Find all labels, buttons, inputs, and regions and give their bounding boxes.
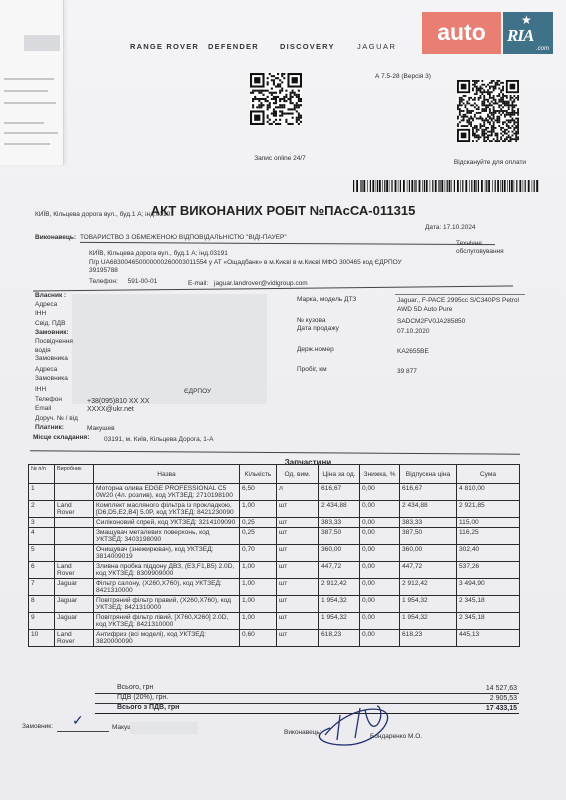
cell-qty: 0,25: [240, 528, 277, 545]
cell-unit: шт: [277, 545, 319, 562]
column-header: Од. вим.: [277, 465, 319, 484]
column-header: Відпускна ціна: [400, 465, 457, 484]
executor-edrpou: 39195788: [89, 267, 118, 274]
customer-inn-label: ІНН: [35, 386, 46, 393]
cell-maker: Land Rover: [55, 630, 94, 647]
executor-email[interactable]: jaguar.landrover@vidigroup.com: [214, 280, 308, 287]
customer-label: Замовник:: [35, 329, 69, 336]
cell-maker: Jaguar: [55, 596, 94, 613]
subtotal-label: Всього, грн: [117, 684, 153, 691]
cell-net: 360,00: [400, 545, 457, 562]
redacted-area: [72, 294, 267, 404]
table-row: 5Очищувач (знежирювач), код УКТЗЕД: 3814…: [29, 545, 520, 562]
autoria-logo-ria: ★ RIA .com: [503, 12, 553, 54]
cell-disc: 0,00: [360, 484, 400, 501]
owner-vat-label: Свід. ПДВ: [35, 320, 65, 327]
cell-qty: 0,70: [240, 545, 277, 562]
table-row: 7JaguarФільтр салону, (X260,X760), код У…: [29, 579, 520, 596]
cell-qty: 0,25: [240, 518, 277, 528]
cell-n: 5: [29, 545, 55, 562]
vat-label: ПДВ (20%), грн.: [117, 694, 168, 701]
sale-date-label: Дата продажу: [297, 325, 339, 332]
document-page: RANGE ROVER DEFENDER DISCOVERY JAGUAR au…: [0, 0, 566, 800]
cell-unit: л: [277, 484, 319, 501]
subtotal-value: 14 527,63: [486, 685, 517, 692]
executor-email-label: E-mail:: [188, 280, 208, 287]
qr-payment: [457, 80, 519, 142]
cell-maker: Jaguar: [55, 613, 94, 630]
cell-n: 1: [29, 484, 55, 501]
owner-inn-label: ІНН: [35, 310, 46, 317]
cell-unit: шт: [277, 613, 319, 630]
payer-label: Платник:: [35, 424, 64, 431]
customer-sign-line: [57, 731, 109, 732]
cell-price: 447,72: [319, 562, 360, 579]
cell-net: 616,67: [400, 484, 457, 501]
cell-unit: шт: [277, 579, 319, 596]
cell-net: 387,50: [400, 528, 457, 545]
qr-code-icon: [457, 80, 519, 142]
cell-net: 2 912,42: [400, 579, 457, 596]
cell-n: 4: [29, 528, 55, 545]
payer-name: Макушев: [87, 425, 115, 432]
table-row: 8JaguarПовітряний фільтр правий, (X260,X…: [29, 596, 520, 613]
cell-price: 383,33: [319, 518, 360, 528]
header-address: КИЇВ, Кільцева дорога вул., буд.1 А; інд…: [35, 211, 174, 218]
cell-name: Очищувач (знежирювач), код УКТЗЕД: 38140…: [94, 545, 240, 562]
cell-qty: 1,00: [240, 501, 277, 518]
cell-disc: 0,00: [360, 579, 400, 596]
cell-price: 2 912,42: [319, 579, 360, 596]
cell-disc: 0,00: [360, 545, 400, 562]
cell-name: Комплект масляного фільтра із прокладкою…: [94, 501, 240, 518]
service-type: Технічне обслуговування: [456, 240, 516, 256]
divider: [30, 450, 520, 454]
cell-qty: 1,00: [240, 596, 277, 613]
model-label: Марка, модель ДТЗ: [297, 296, 356, 303]
cell-sum: 4 810,00: [457, 484, 520, 501]
cell-disc: 0,00: [360, 501, 400, 518]
cell-unit: шт: [277, 630, 319, 647]
column-header: Назва: [94, 465, 240, 484]
table-row: 9JaguarПовітряний фільтр лівий, [X760,X2…: [29, 613, 520, 630]
cell-disc: 0,00: [360, 596, 400, 613]
place-label: Місце складання:: [33, 434, 90, 441]
brand-jaguar: JAGUAR: [357, 42, 396, 51]
receipt-slip: [0, 0, 64, 165]
cell-n: 2: [29, 501, 55, 518]
cell-disc: 0,00: [360, 630, 400, 647]
table-row: 6Land RoverЗливна пробка піддону ДВЗ, (E…: [29, 562, 520, 579]
cell-sum: 2 921,85: [457, 501, 520, 518]
cell-price: 2 434,88: [319, 501, 360, 518]
cell-maker: [55, 518, 94, 528]
cell-unit: шт: [277, 562, 319, 579]
customer-phone-label: Телефон: [35, 396, 62, 403]
signature-icon: [305, 700, 405, 750]
table-row: 1Моторна олива EDGE PROFESSIONAL C5 0W20…: [29, 484, 520, 501]
cell-name: Повітряний фільтр правий, (X260,X760), к…: [94, 596, 240, 613]
executor-phone-label: Телефон:: [89, 278, 118, 285]
cell-price: 387,50: [319, 528, 360, 545]
vat-value: 2 905,53: [490, 695, 517, 702]
executor-name: ТОВАРИСТВО З ОБМЕЖЕНОЮ ВІДПОВІДАЛЬНІСТЮ …: [80, 234, 287, 241]
cell-name: Змащувач металевих поверхонь, код УКТЗЕД…: [94, 528, 240, 545]
executor-address: КИЇВ, Кільцева дорога вул., буд.1 А; інд…: [89, 250, 228, 257]
cell-qty: 1,00: [240, 562, 277, 579]
cell-maker: [55, 484, 94, 501]
subtotal-row: Всього, грн 14 527,63: [95, 684, 519, 694]
cell-price: 360,00: [319, 545, 360, 562]
qr-booking-caption: Запис online 24/7: [240, 155, 320, 162]
cell-unit: шт: [277, 528, 319, 545]
date-value: 17.10.2024: [443, 224, 476, 231]
cell-name: Зливна пробка піддону ДВЗ, (E3,F1,B5) 2.…: [94, 562, 240, 579]
cell-unit: шт: [277, 518, 319, 528]
cell-qty: 6,50: [240, 484, 277, 501]
cell-sum: 2 345,18: [457, 613, 520, 630]
brand-range-rover: RANGE ROVER: [130, 42, 199, 51]
date-label: Дата:: [425, 224, 441, 231]
edrpou-label: ЄДРПОУ: [184, 388, 211, 395]
cell-name: Повітряний фільтр лівий, [X760,X260] 2.0…: [94, 613, 240, 630]
cell-n: 3: [29, 518, 55, 528]
customer-email-label: Email: [35, 405, 51, 412]
cell-disc: 0,00: [360, 613, 400, 630]
customer-sign-label: Замовник:: [22, 723, 53, 730]
mileage-label: Пробіг, км: [297, 366, 327, 373]
executor-bank: П/р UA683004650000000260003011554 у АТ «…: [89, 259, 402, 266]
column-header: Виробник: [55, 465, 94, 484]
license-label: Посвідчення водія Замовника: [35, 338, 71, 364]
mileage-value: 39 877: [397, 368, 417, 375]
cell-sum: 2 345,18: [457, 596, 520, 613]
cell-qty: 1,00: [240, 613, 277, 630]
cell-net: 1 954,32: [400, 613, 457, 630]
cell-unit: шт: [277, 501, 319, 518]
order-label: Доруч. № / від: [35, 415, 78, 422]
cell-name: Фільтр салону, (X260,X760), код УКТЗЕД: …: [94, 579, 240, 596]
cell-qty: 1,00: [240, 579, 277, 596]
owner-address-label: Адреса: [35, 301, 57, 308]
total-label: Всього з ПДВ, грн: [117, 704, 179, 711]
vin-label: № кузова: [297, 317, 325, 324]
customer-phone: +38(095)810 XX XX: [87, 398, 149, 405]
star-icon: ★: [521, 13, 532, 27]
cell-sum: 115,00: [457, 518, 520, 528]
cell-net: 618,23: [400, 630, 457, 647]
table-row: 10Land RoverАнтифриз (всі моделі), код У…: [29, 630, 520, 647]
place-value: 03191, м. Київ, Кільцева Дорога, 1-А: [104, 436, 213, 443]
cell-unit: шт: [277, 596, 319, 613]
cell-name: Моторна олива EDGE PROFESSIONAL C5 0W20 …: [94, 484, 240, 501]
plate-label: Держ.номер: [297, 346, 334, 353]
total-value: 17 433,15: [486, 705, 517, 712]
form-code: А 7.5-28 (Версія 3): [375, 73, 431, 80]
column-header: Сума: [457, 465, 520, 484]
plate-value: KA2655BE: [397, 348, 429, 355]
column-header: Кількість: [240, 465, 277, 484]
vin-value: SADCM2FV0JA285850: [397, 318, 465, 325]
cell-price: 618,23: [319, 630, 360, 647]
cell-net: 447,72: [400, 562, 457, 579]
cell-price: 616,67: [319, 484, 360, 501]
table-row: 4Змащувач металевих поверхонь, код УКТЗЕ…: [29, 528, 520, 545]
cell-n: 7: [29, 579, 55, 596]
customer-email[interactable]: XXXX@ukr.net: [87, 406, 134, 413]
model-value: Jaguar., F-PACE 2995cc S/C340PS Petrol A…: [397, 297, 527, 314]
brand-discovery: DISCOVERY: [280, 42, 335, 51]
cell-maker: Land Rover: [55, 562, 94, 579]
owner-label: Власник :: [35, 292, 66, 299]
cell-sum: 445,13: [457, 630, 520, 647]
column-header: № п/п: [29, 465, 55, 484]
cell-sum: 3 494,90: [457, 579, 520, 596]
cell-disc: 0,00: [360, 518, 400, 528]
cell-sum: 116,25: [457, 528, 520, 545]
cell-net: 2 434,88: [400, 501, 457, 518]
cell-disc: 0,00: [360, 528, 400, 545]
executor-phone: 591-00-01: [128, 278, 158, 285]
autoria-logo-auto: auto: [422, 12, 501, 54]
cell-maker: Land Rover: [55, 501, 94, 518]
cell-maker: Jaguar: [55, 579, 94, 596]
customer-address-label: Адреса Замовника: [35, 366, 71, 383]
column-header: Знижка, %: [360, 465, 400, 484]
cell-qty: 0,60: [240, 630, 277, 647]
checkmark-icon: ✓: [72, 712, 84, 729]
table-row: 2Land RoverКомплект масляного фільтра із…: [29, 501, 520, 518]
cell-maker: [55, 545, 94, 562]
executor-label: Виконавець:: [35, 234, 76, 241]
parts-table: № п/пВиробникНазваКількістьОд. вим.Ціна …: [28, 464, 520, 647]
cell-disc: 0,00: [360, 562, 400, 579]
cell-n: 10: [29, 630, 55, 647]
cell-net: 1 954,32: [400, 596, 457, 613]
cell-sum: 302,40: [457, 545, 520, 562]
divider: [80, 242, 495, 245]
column-header: Ціна за од.: [319, 465, 360, 484]
cell-n: 9: [29, 613, 55, 630]
cell-net: 383,33: [400, 518, 457, 528]
cell-n: 8: [29, 596, 55, 613]
barcode-icon: [353, 180, 539, 192]
cell-maker: [55, 528, 94, 545]
brand-defender: DEFENDER: [208, 42, 259, 51]
redacted-area: [130, 722, 198, 734]
qr-payment-caption: Відскануйте для оплати: [440, 159, 540, 166]
cell-name: Силіконовий спрей, код УКТЗЕД: 321410909…: [94, 518, 240, 528]
divider: [395, 294, 525, 295]
cell-price: 1 954,32: [319, 613, 360, 630]
table-row: 3Силіконовий спрей, код УКТЗЕД: 32141090…: [29, 518, 520, 528]
qr-booking: [250, 73, 302, 150]
sale-date-value: 07.10.2020: [397, 328, 430, 335]
cell-sum: 537,26: [457, 562, 520, 579]
qr-code-icon: [250, 73, 302, 125]
cell-name: Антифриз (всі моделі), код УКТЗЕД: 38200…: [94, 630, 240, 647]
cell-price: 1 954,32: [319, 596, 360, 613]
cell-n: 6: [29, 562, 55, 579]
